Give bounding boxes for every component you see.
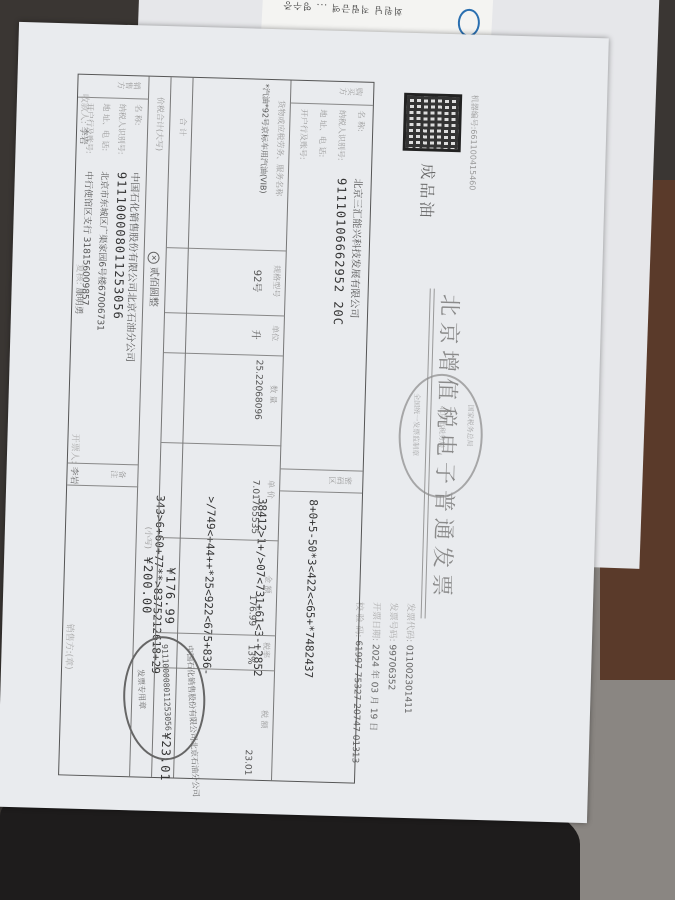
payee: 收款人: 李岩: [78, 94, 92, 145]
item-price: 7.01765535: [249, 480, 261, 535]
buyer-tax-id: 91110106662952 20C: [331, 178, 349, 326]
tax-bureau-seal: 国家税务总局 北京市税务局 全国统一发票监制章: [397, 373, 484, 499]
item-name: *汽油*92号京标车用汽油(VIB): [257, 84, 271, 194]
item-qty: 25.22068096: [252, 360, 264, 420]
buyer-name: 北京三汇能兴科技发展有限公司: [348, 178, 367, 318]
grand-total-words: ✕贰佰圆整: [146, 252, 164, 307]
invoice-code: 011002301411: [402, 645, 414, 714]
item-tax: 23.01: [242, 749, 253, 775]
invoice: 机器编号:661100415460 成品油 北京增值税电子普通发票 国家税务总局…: [53, 63, 593, 797]
cipher-label: 密码区: [328, 475, 352, 487]
item-spec: 92号: [251, 269, 267, 292]
remarks-label: 备注: [110, 469, 126, 480]
total-amount: ¥176.99: [162, 567, 178, 625]
item-unit: 升: [249, 329, 264, 339]
issue-date: 2024 年 03 月 19 日: [367, 644, 379, 731]
seller-label: 销售方: [117, 80, 141, 92]
machine-code: 机器编号:661100415460: [467, 95, 481, 191]
seller-seal-label: 销售方:(章): [63, 623, 77, 669]
item-tax-rate: 13%: [245, 644, 256, 664]
grand-total: ¥200.00: [140, 557, 156, 615]
invoice-grid: 购买方 名 称: 北京三汇能兴科技发展有限公司 纳税人识别号: 91110106…: [58, 74, 374, 784]
invoice-number: 99706352: [386, 644, 397, 690]
invoice-paper: 机器编号:661100415460 成品油 北京增值税电子普通发票 国家税务总局…: [0, 22, 609, 823]
receipt-text: 회원님 적립금액 ... 영수증: [282, 0, 403, 18]
buyer-label: 购买方: [339, 86, 363, 98]
reviewer: 复核: 康明勇: [73, 264, 87, 315]
receipt-logo-icon: [457, 8, 480, 37]
qr-code-icon: [403, 93, 463, 153]
item-amount: 176.99: [246, 595, 257, 627]
seller-address: 北京市东城区广渠家园6号楼67006731: [94, 171, 111, 331]
issuer: 开票人: 李岩: [68, 433, 82, 484]
cross-circle-icon: ✕: [147, 252, 159, 264]
product-type: 成品油: [416, 163, 441, 221]
